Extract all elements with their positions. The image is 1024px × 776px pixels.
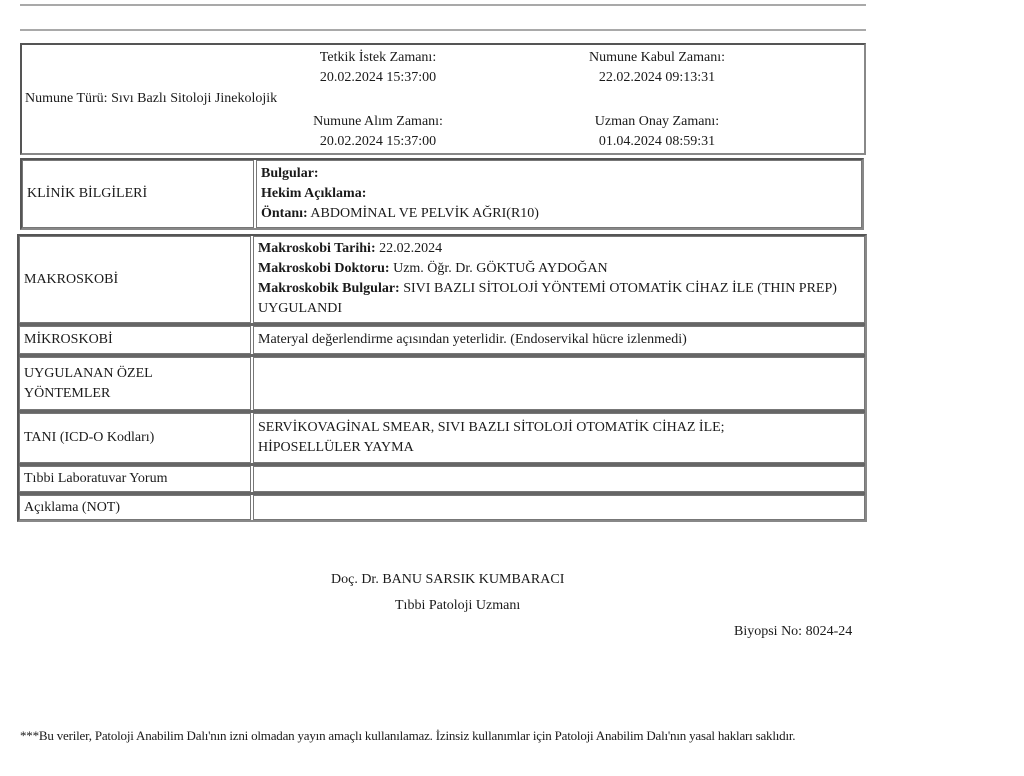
row-lab-yorum: Tıbbi Laboratuvar Yorum [19,466,865,492]
doctor-title: Tıbbi Patoloji Uzmanı [395,598,520,614]
ontani-line: Öntanı: ABDOMİNAL VE PELVİK AĞRI(R10) [261,204,539,224]
aciklama-value [253,495,865,520]
hekim-aciklama-line: Hekim Açıklama: [261,184,539,204]
makroskobi-doktoru: Makroskobi Doktoru: Uzm. Öğr. Dr. GÖKTUĞ… [258,259,860,279]
biyopsi-no: Biyopsi No: 8024-24 [734,624,852,640]
tetkik-istek-zamani: Tetkik İstek Zamanı: 20.02.2024 15:37:00 [288,48,468,88]
numune-alim-value: 20.02.2024 15:37:00 [288,132,468,152]
bulgular-line: Bulgular: [261,164,539,184]
aciklama-label: Açıklama (NOT) [19,495,251,520]
mikroskobi-value: Materyal değerlendirme açısından yeterli… [253,326,865,354]
row-aciklama: Açıklama (NOT) [19,495,865,520]
numune-alim-zamani: Numune Alım Zamanı: 20.02.2024 15:37:00 [288,112,468,152]
row-makroskobi: MAKROSKOBİ Makroskobi Tarihi: 22.02.2024… [19,236,865,323]
numune-turu: Numune Türü: Sıvı Bazlı Sitoloji Jinekol… [25,91,277,107]
makroskobi-label: MAKROSKOBİ [19,236,251,323]
sample-info-box: Numune Türü: Sıvı Bazlı Sitoloji Jinekol… [20,43,866,155]
makroskobik-bulgular: Makroskobik Bulgular: SIVI BAZLI SİTOLOJ… [258,279,860,319]
klinik-row: KLİNİK BİLGİLERİ Bulgular: Hekim Açıklam… [22,160,862,228]
tani-label: TANI (ICD-O Kodları) [19,413,251,463]
tetkik-istek-value: 20.02.2024 15:37:00 [288,68,468,88]
row-ozel-yontemler: UYGULANAN ÖZEL YÖNTEMLER [19,357,865,410]
klinik-label: KLİNİK BİLGİLERİ [22,160,254,228]
klinik-content: Bulgular: Hekim Açıklama: Öntanı: ABDOMİ… [256,160,862,228]
numune-kabul-zamani: Numune Kabul Zamanı: 22.02.2024 09:13:31 [562,48,752,88]
tani-value: SERVİKOVAGİNAL SMEAR, SIVI BAZLI SİTOLOJ… [253,413,865,463]
ozel-yontemler-label: UYGULANAN ÖZEL YÖNTEMLER [19,357,251,410]
ozel-yontemler-value [253,357,865,410]
makroskobi-tarihi: Makroskobi Tarihi: 22.02.2024 [258,239,860,259]
klinik-bilgileri-box: KLİNİK BİLGİLERİ Bulgular: Hekim Açıklam… [20,158,864,230]
copyright-note: ***Bu veriler, Patoloji Anabilim Dalı'nı… [20,726,870,746]
numune-kabul-label: Numune Kabul Zamanı: [562,48,752,68]
uzman-onay-value: 01.04.2024 08:59:31 [562,132,752,152]
tetkik-istek-label: Tetkik İstek Zamanı: [288,48,468,68]
makroskobi-content: Makroskobi Tarihi: 22.02.2024 Makroskobi… [253,236,865,323]
numune-alim-label: Numune Alım Zamanı: [288,112,468,132]
top-divider-2 [20,29,866,31]
uzman-onay-label: Uzman Onay Zamanı: [562,112,752,132]
top-divider-1 [20,4,866,6]
numune-kabul-value: 22.02.2024 09:13:31 [562,68,752,88]
numune-turu-label: Numune Türü: [25,91,108,106]
report-table: MAKROSKOBİ Makroskobi Tarihi: 22.02.2024… [17,234,867,522]
lab-yorum-label: Tıbbi Laboratuvar Yorum [19,466,251,492]
doctor-name: Doç. Dr. BANU SARSIK KUMBARACI [331,572,564,588]
numune-turu-value: Sıvı Bazlı Sitoloji Jinekolojik [111,91,277,106]
uzman-onay-zamani: Uzman Onay Zamanı: 01.04.2024 08:59:31 [562,112,752,152]
row-mikroskobi: MİKROSKOBİ Materyal değerlendirme açısın… [19,326,865,354]
lab-yorum-value [253,466,865,492]
row-tani: TANI (ICD-O Kodları) SERVİKOVAGİNAL SMEA… [19,413,865,463]
mikroskobi-label: MİKROSKOBİ [19,326,251,354]
